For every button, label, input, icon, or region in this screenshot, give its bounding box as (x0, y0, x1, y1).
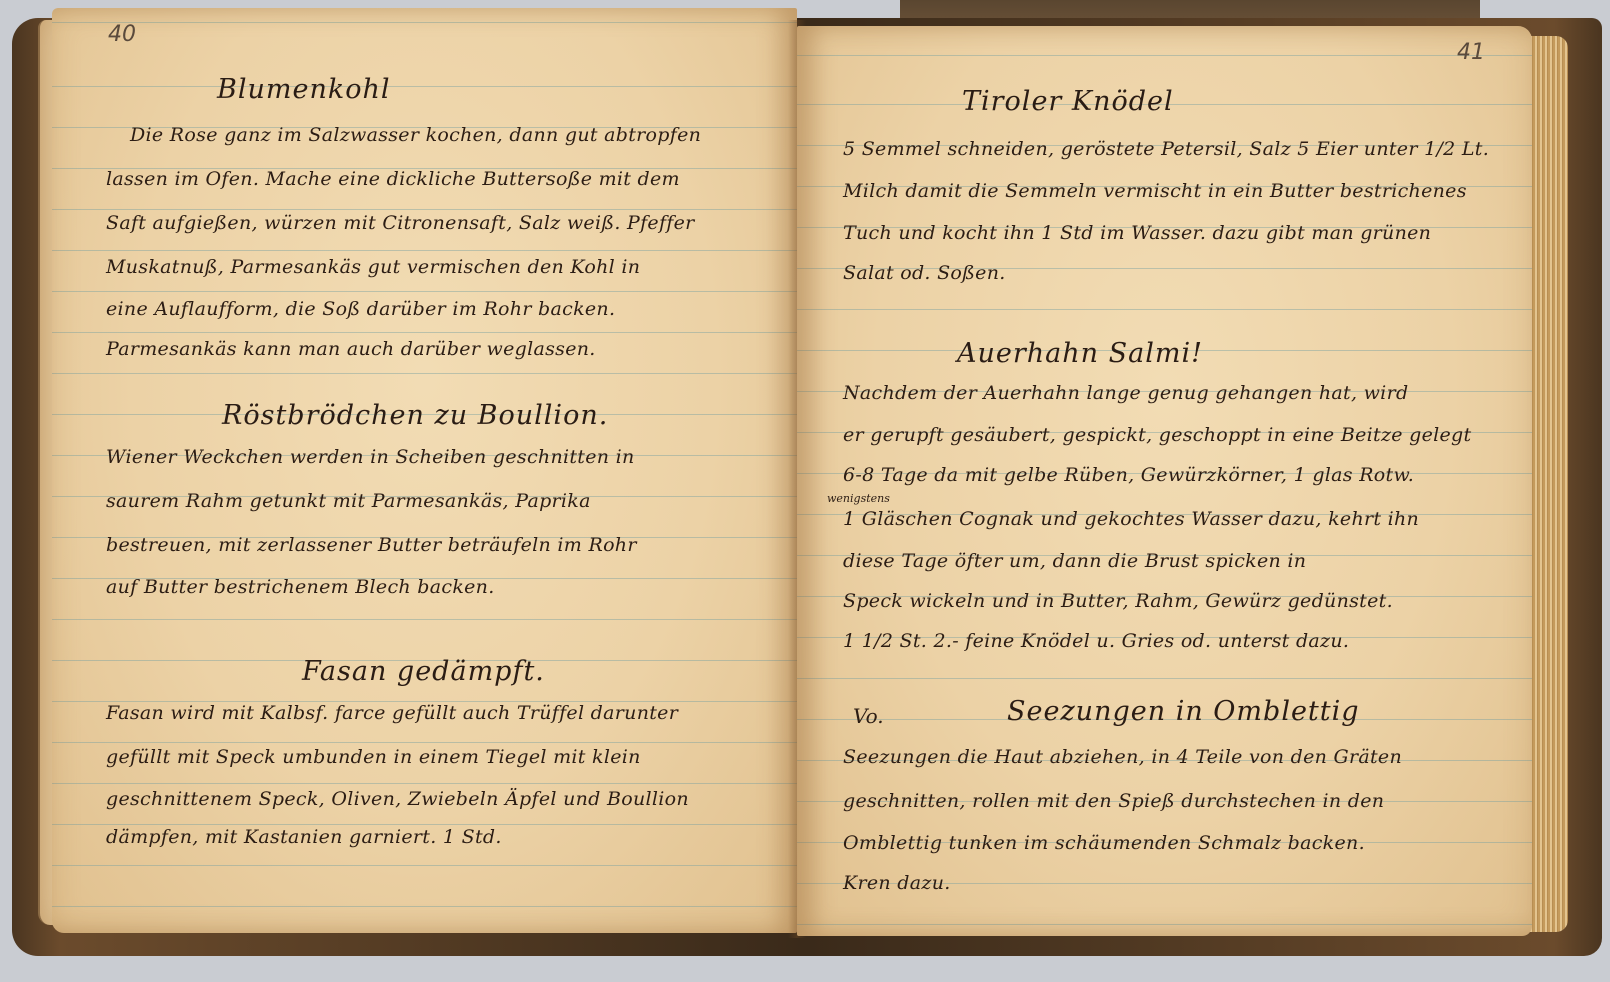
recipe-line: geschnittenem Speck, Oliven, Zwiebeln Äp… (106, 788, 689, 810)
recipe-line: 1 1/2 St. 2.- feine Knödel u. Gries od. … (843, 630, 1349, 652)
recipe-line: Salat od. Soßen. (843, 262, 1006, 284)
recipe-line: Muskatnuß, Parmesankäs gut vermischen de… (106, 256, 640, 278)
right-page: 41 Tiroler Knödel 5 Semmel schneiden, ge… (797, 26, 1532, 936)
recipe-title-tiroler-knoedel: Tiroler Knödel (962, 86, 1174, 117)
page-number-right: 41 (1457, 40, 1485, 65)
recipe-line: Speck wickeln und in Butter, Rahm, Gewür… (843, 590, 1393, 612)
recipe-line: Nachdem der Auerhahn lange genug gehange… (843, 382, 1408, 404)
recipe-line: Kren dazu. (843, 872, 951, 894)
recipe-title-auerhahn-salmi: Auerhahn Salmi! (957, 338, 1203, 369)
recipe-line: eine Auflaufform, die Soß darüber im Roh… (106, 298, 615, 320)
recipe-line: auf Butter bestrichenem Blech backen. (106, 576, 495, 598)
margin-note: wenigstens (827, 492, 890, 505)
recipe-title-blumenkohl: Blumenkohl (217, 74, 390, 105)
recipe-line: bestreuen, mit zerlassener Butter beträu… (106, 534, 637, 556)
recipe-prefix: Vo. (853, 704, 884, 728)
recipe-line: Die Rose ganz im Salzwasser kochen, dann… (130, 124, 701, 146)
recipe-line: lassen im Ofen. Mache eine dickliche But… (106, 168, 680, 190)
recipe-line: gefüllt mit Speck umbunden in einem Tieg… (106, 746, 641, 768)
recipe-line: Parmesankäs kann man auch darüber weglas… (106, 338, 596, 360)
recipe-line: Milch damit die Semmeln vermischt in ein… (843, 180, 1467, 202)
recipe-line: 1 Gläschen Cognak und gekochtes Wasser d… (843, 508, 1419, 530)
recipe-title-roestbroedchen: Röstbrödchen zu Boullion. (222, 400, 608, 431)
recipe-line: 6-8 Tage da mit gelbe Rüben, Gewürzkörne… (843, 464, 1414, 486)
recipe-line: Saft aufgießen, würzen mit Citronensaft,… (106, 212, 695, 234)
recipe-line: Wiener Weckchen werden in Scheiben gesch… (106, 446, 635, 468)
recipe-line: geschnitten, rollen mit den Spieß durchs… (843, 790, 1384, 812)
recipe-line: Seezungen die Haut abziehen, in 4 Teile … (843, 746, 1402, 768)
recipe-line: er gerupft gesäubert, gespickt, geschopp… (843, 424, 1471, 446)
recipe-line: Fasan wird mit Kalbsf. farce gefüllt auc… (106, 702, 678, 724)
recipe-line: 5 Semmel schneiden, geröstete Petersil, … (843, 138, 1489, 160)
recipe-title-fasan: Fasan gedämpft. (302, 656, 545, 687)
recipe-title-seezungen: Seezungen in Omblettig (1007, 696, 1360, 727)
right-page-edges (1528, 36, 1568, 932)
recipe-line: saurem Rahm getunkt mit Parmesankäs, Pap… (106, 490, 591, 512)
recipe-line: diese Tage öfter um, dann die Brust spic… (843, 550, 1306, 572)
recipe-line: dämpfen, mit Kastanien garniert. 1 Std. (106, 826, 502, 848)
recipe-line: Omblettig tunken im schäumenden Schmalz … (843, 832, 1365, 854)
page-number-left: 40 (108, 22, 136, 47)
left-page: 40 Blumenkohl Die Rose ganz im Salzwasse… (52, 8, 797, 933)
recipe-line: Tuch und kocht ihn 1 Std im Wasser. dazu… (843, 222, 1431, 244)
